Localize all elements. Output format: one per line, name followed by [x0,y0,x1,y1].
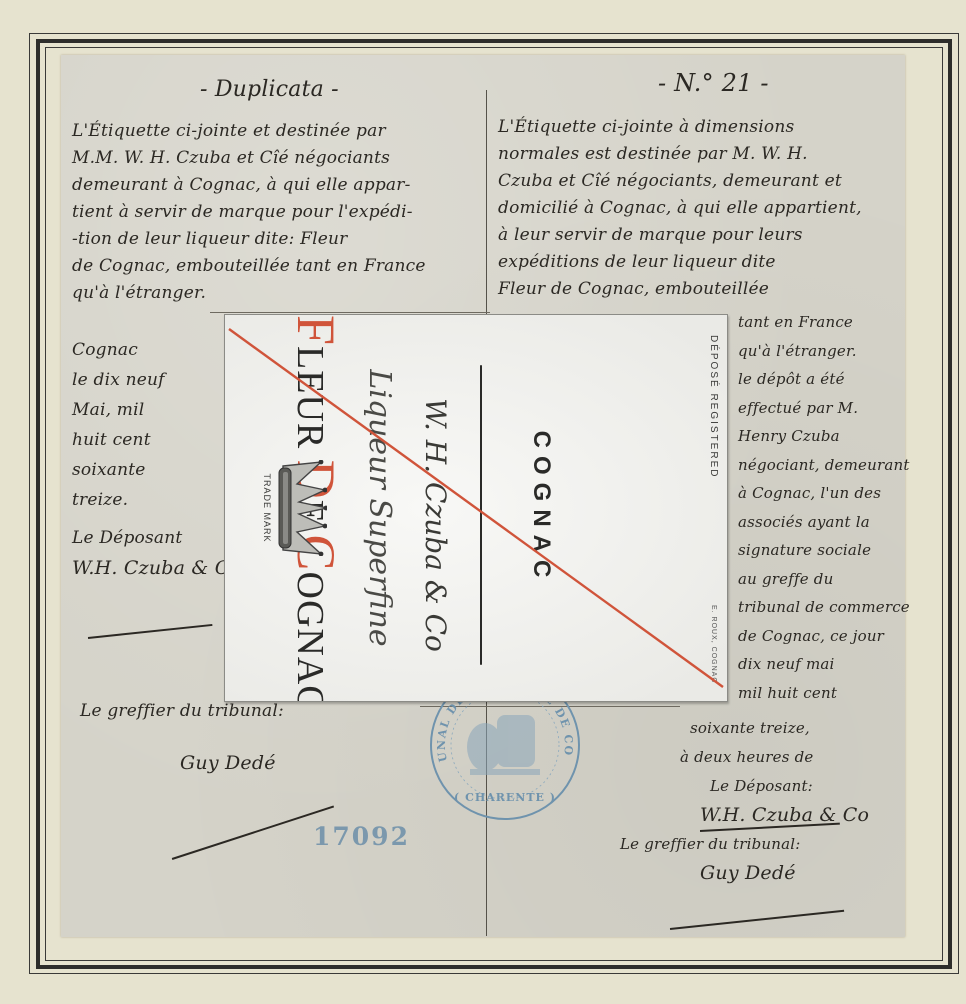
trademark-label: DÉPOSÉ REGISTERED E. ROUX, COGNAC COGNAC… [224,314,728,702]
text-line: associés ayant la [738,508,910,537]
text-line: Henry Czuba [738,422,910,451]
text-line: qu'à l'étranger. [738,337,910,366]
text-line: qu'à l'étranger. [72,280,426,307]
text-line: effectué par M. [738,394,910,423]
text-line: tribunal de commerce [738,593,910,622]
text-line: Cognac [72,335,241,365]
left-clerk-block: Le greffier du tribunal: Guy Dedé [80,696,284,778]
text-line: treize. [72,485,241,515]
right-paragraph: L'Étiquette ci-jointe à dimensions norma… [498,114,862,303]
text-line: dix neuf mai [738,650,910,679]
text-line: expéditions de leur liqueur dite [498,249,862,276]
text-line: tant en France [738,308,910,337]
text-line: huit cent [72,425,241,455]
text-line: Czuba et Cîé négociants, demeurant et [498,168,862,195]
text-line: Fleur de Cognac, embouteillée [498,276,862,303]
svg-text:( CHARENTE ): ( CHARENTE ) [454,791,556,804]
title-part: LEUR [289,346,331,460]
text-line: signature sociale [738,536,910,565]
text-line: L'Étiquette ci-jointe et destinée par [72,118,426,145]
registration-number-stamp: 17092 [313,822,410,851]
right-signature-block: soixante treize, à deux heures de Le Dép… [680,714,869,888]
left-paragraph: L'Étiquette ci-jointe et destinée par M.… [72,118,426,307]
text-line: Mai, mil [72,395,241,425]
text-line: le dépôt a été [738,365,910,394]
horizontal-fold-line [210,312,490,313]
clerk-label: Le greffier du tribunal: [620,830,869,859]
text-line: M.M. W. H. Czuba et Cîé négociants [72,145,426,172]
header-number: - N.° 21 - [658,70,769,97]
label-depose-registered: DÉPOSÉ REGISTERED [708,335,719,478]
text-line: soixante [72,455,241,485]
text-line: soixante treize, [690,714,869,743]
text-line: demeurant à Cognac, à qui elle appar- [72,172,426,199]
label-maker-script: W. H. Czuba & Co [419,375,452,675]
text-line: -tion de leur liqueur dite: Fleur [72,226,426,253]
clerk-signature: Guy Dedé [700,859,869,888]
left-date-block: Cognac le dix neuf Mai, mil huit cent so… [72,335,241,583]
text-line: à deux heures de [680,743,869,772]
text-line: à leur servir de marque pour leurs [498,222,862,249]
text-line: de Cognac, ce jour [738,622,910,651]
title-initial: F [286,315,346,346]
text-line: domicilié à Cognac, à qui elle appartien… [498,195,862,222]
label-trademark: TRADE MARK [262,315,272,701]
label-liqueur-script: Liqueur Superfine [362,315,397,701]
label-content: DÉPOSÉ REGISTERED E. ROUX, COGNAC COGNAC… [225,315,727,701]
text-line: tient à servir de marque pour l'expédi- [72,199,426,226]
text-line: de Cognac, embouteillée tant en France [72,253,426,280]
depositor-signature: W.H. Czuba & Co [72,553,241,583]
crown-icon [277,460,327,556]
text-line: au greffe du [738,565,910,594]
depositor-label: Le Déposant [72,523,241,553]
label-place: COGNAC [527,315,555,701]
clerk-signature: Guy Dedé [180,748,284,778]
text-line: à Cognac, l'un des [738,479,910,508]
text-line: négociant, demeurant [738,451,910,480]
text-line: normales est destinée par M. W. H. [498,141,862,168]
label-swash-line [480,365,482,665]
header-duplicata: - Duplicata - [200,76,339,103]
label-printer: E. ROUX, COGNAC [710,605,717,683]
depositor-label: Le Déposant: [710,772,869,801]
text-line: L'Étiquette ci-jointe à dimensions [498,114,862,141]
right-deposit-block: tant en France qu'à l'étranger. le dépôt… [738,308,910,707]
title-part: OGNAC [289,572,331,702]
text-line: mil huit cent [738,679,910,708]
text-line: le dix neuf [72,365,241,395]
